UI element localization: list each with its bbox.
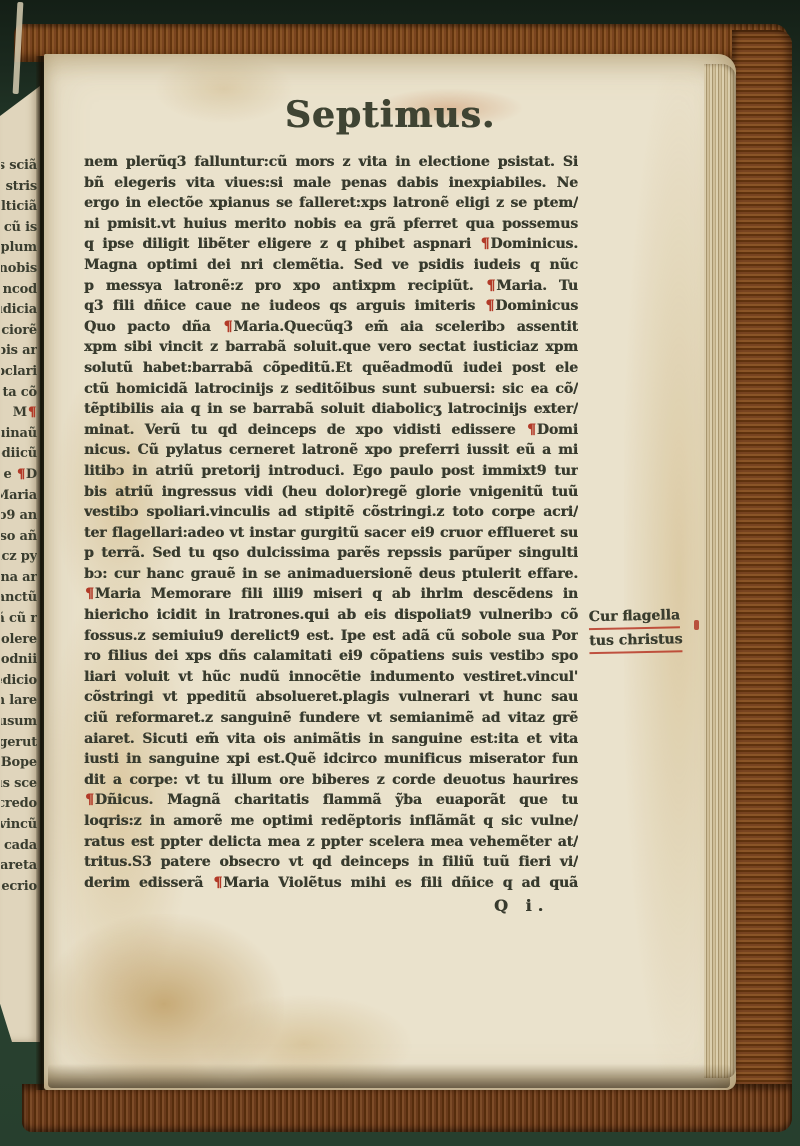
facing-page-text-fragment: nBope xyxy=(1,753,37,774)
facing-page-text-fragment: vincũ xyxy=(1,815,37,836)
text-line: ergo in electõe xpianus se falleret:xps … xyxy=(84,193,578,214)
facing-page-text-fragment: m lare xyxy=(1,691,37,712)
rubric-pilcrow: ¶ xyxy=(84,586,95,602)
margin-note-line: tus christus xyxy=(589,629,683,654)
facing-page-text-fragment: judicia xyxy=(1,300,37,321)
text-line: vestibɔ spoliari.vinculis ad stipitẽ cõs… xyxy=(84,502,578,523)
facing-page-text-fragment: lecrio xyxy=(1,877,37,898)
text-line: bñ elegeris vita viues:si male penas dab… xyxy=(84,173,578,194)
rubric-pilcrow: ¶ xyxy=(16,467,26,482)
facing-page-text-fragment: lcz py xyxy=(1,547,37,568)
facing-page-text-fragment: uinaũ xyxy=(1,424,37,445)
chapter-heading: Septimus. xyxy=(250,94,530,146)
facing-page-text-fragment: e ¶D xyxy=(1,465,37,486)
text-line: iusti in sanguine xpi est.Quẽ idcirco mu… xyxy=(84,749,578,770)
text-line: loqris:z in amorẽ me optimi redẽptoris i… xyxy=(84,811,578,832)
rubric-pilcrow: ¶ xyxy=(84,792,95,808)
facing-page-text-fragment: Maria xyxy=(1,486,37,507)
text-line: fossus.z semiuiu9 derelict9 est. Ipe est… xyxy=(84,626,578,647)
text-line: ctũ homicidã latrocinijs z seditõibus su… xyxy=(84,379,578,400)
text-line: xpm sibi vincit z barrabã soluit.que ver… xyxy=(84,337,578,358)
text-line: q3 fili dñice caue ne iudeos qs arguis i… xyxy=(84,296,578,317)
photographed-book-page: s sciãstrislticiãcũ issplumnobisncodjudi… xyxy=(0,0,800,1146)
text-line: litibɔ in atriũ pretorij introduci. Ego … xyxy=(84,461,578,482)
text-line: p messya latronẽ:z pro xpo antixpm recip… xyxy=(84,276,578,297)
text-line: ni pmisit.vt huius merito nobis ea grã p… xyxy=(84,214,578,235)
text-line: hiericho icidit in lratrones.qui ab eis … xyxy=(84,605,578,626)
facing-page-text-fragment: cũ is xyxy=(1,218,37,239)
text-line: cõstringi vt ppeditũ absolueret.plagis v… xyxy=(84,687,578,708)
text-line: ¶Maria Memorare fili illi9 miseri q ab i… xyxy=(84,584,578,605)
text-line: ter flagellari:adeo vt instar gurgitũ sa… xyxy=(84,523,578,544)
body-text: nem plerũq3 falluntur:cũ mors z vita in … xyxy=(84,152,578,893)
rubric-pilcrow: ¶ xyxy=(212,875,223,891)
facing-page-text-fragment: obis ar xyxy=(1,341,37,362)
facing-page-text-fragment: credo xyxy=(1,794,37,815)
rubric-pilcrow: ¶ xyxy=(223,319,234,335)
facing-page-text-fragment: pclari xyxy=(1,362,37,383)
facing-page-text-fragment: cada xyxy=(1,836,37,857)
facing-page-text-fragment: odnii xyxy=(1,650,37,671)
text-line: aiaret. Sicuti em̃ vita ois animãtis in … xyxy=(84,729,578,750)
text-line: Quo pacto dña ¶Maria.Quecũq3 em̃ aia sce… xyxy=(84,317,578,338)
text-line: bɔ: cur hanc grauẽ in se animaduersionẽ … xyxy=(84,564,578,585)
quire-signature: Q i. xyxy=(494,896,549,915)
facing-page-text-fragment: sedicio xyxy=(1,671,37,692)
red-ink-fleck xyxy=(694,620,699,630)
text-line: liari voluit vt hũc nudũ innocẽtie indum… xyxy=(84,667,578,688)
facing-page-text-fragment: lticiã xyxy=(1,197,37,218)
text-line: dit a corpe: vt tu illum ore biberes z c… xyxy=(84,770,578,791)
text-line: minat. Verũ tu qd deinceps de xpo vidist… xyxy=(84,420,578,441)
facing-page-text-fragment: us sce xyxy=(1,774,37,795)
facing-page-text-fragment: ncod xyxy=(1,280,37,301)
text-line: nem plerũq3 falluntur:cũ mors z vita in … xyxy=(84,152,578,173)
text-line: bis atriũ ingressus vidi (heu dolor)regẽ… xyxy=(84,482,578,503)
facing-page-text-fragment: dolere xyxy=(1,630,37,651)
book-cover-bottom-edge xyxy=(22,1084,792,1132)
facing-page-text-fragment: quo9 an xyxy=(1,506,37,527)
facing-page-text-fragment: ina ar xyxy=(1,568,37,589)
facing-page-text-fragment: teusum xyxy=(1,712,37,733)
facing-page-edge: s sciãstrislticiãcũ issplumnobisncodjudi… xyxy=(0,86,40,1042)
text-line: tẽptibilis aia q in se barrabã soluit di… xyxy=(84,399,578,420)
margin-note-line: Cur flagella xyxy=(589,605,681,630)
rubric-pilcrow: ¶ xyxy=(526,422,537,438)
text-line: ¶Dñicus. Magnã charitatis flammã ỹba eua… xyxy=(84,790,578,811)
text-line: q ipse diligit libẽter eligere z q phibe… xyxy=(84,234,578,255)
text-line: p terrã. Sed tu qso dulcissima parẽs rep… xyxy=(84,543,578,564)
facing-page-text-fragment: ediicũ xyxy=(1,444,37,465)
page-bottom-shadow xyxy=(48,1064,730,1088)
facing-page-text-fragment: ¶M xyxy=(1,403,37,424)
facing-page-text-fragment: s sciã xyxy=(1,156,37,177)
margin-note: Cur flagellatus christus xyxy=(589,605,702,655)
facing-page-text-fragment: bciorẽ xyxy=(1,321,37,342)
text-line: solutũ habet:barrabã cõpeditũ.Et quẽadmo… xyxy=(84,358,578,379)
text-line: derim edisserã ¶Maria Violẽtus mihi es f… xyxy=(84,873,578,894)
facing-page-text-fragment: uiso añ xyxy=(1,527,37,548)
facing-page-text-fragment: areta xyxy=(1,856,37,877)
book-cover-right-edge xyxy=(732,30,792,1130)
text-line: nicus. Cũ pylatus cerneret latronẽ xpo p… xyxy=(84,440,578,461)
facing-page-text-fragment: splum xyxy=(1,238,37,259)
facing-page-text-fragment: cã cũ r xyxy=(1,609,37,630)
rubric-pilcrow: ¶ xyxy=(480,236,491,252)
text-line: ro filius dei xps dñs calamitati ei9 cõp… xyxy=(84,646,578,667)
text-line: Magna optimi dei nri clemẽtia. Sed ve ps… xyxy=(84,255,578,276)
text-line: tritus.S3 patere obsecro vt qd deinceps … xyxy=(84,852,578,873)
rubric-pilcrow: ¶ xyxy=(484,298,495,314)
facing-page-text-fragment: nobis xyxy=(1,259,37,280)
text-line: ciũ reformaret.z sanguinẽ fundere vt sem… xyxy=(84,708,578,729)
facing-page-text-fragment: stris xyxy=(1,177,37,198)
facing-page-text-fragments: s sciãstrislticiãcũ issplumnobisncodjudi… xyxy=(1,156,37,897)
page-edges-stack xyxy=(704,64,736,1078)
rubric-pilcrow: ¶ xyxy=(485,278,496,294)
text-line: ratus est ppter delicta mea z ppter scel… xyxy=(84,832,578,853)
facing-page-text-fragment: gerut xyxy=(1,733,37,754)
facing-page-text-fragment: ta cõ xyxy=(1,383,37,404)
facing-page-text-fragment: sanctũ xyxy=(1,588,37,609)
